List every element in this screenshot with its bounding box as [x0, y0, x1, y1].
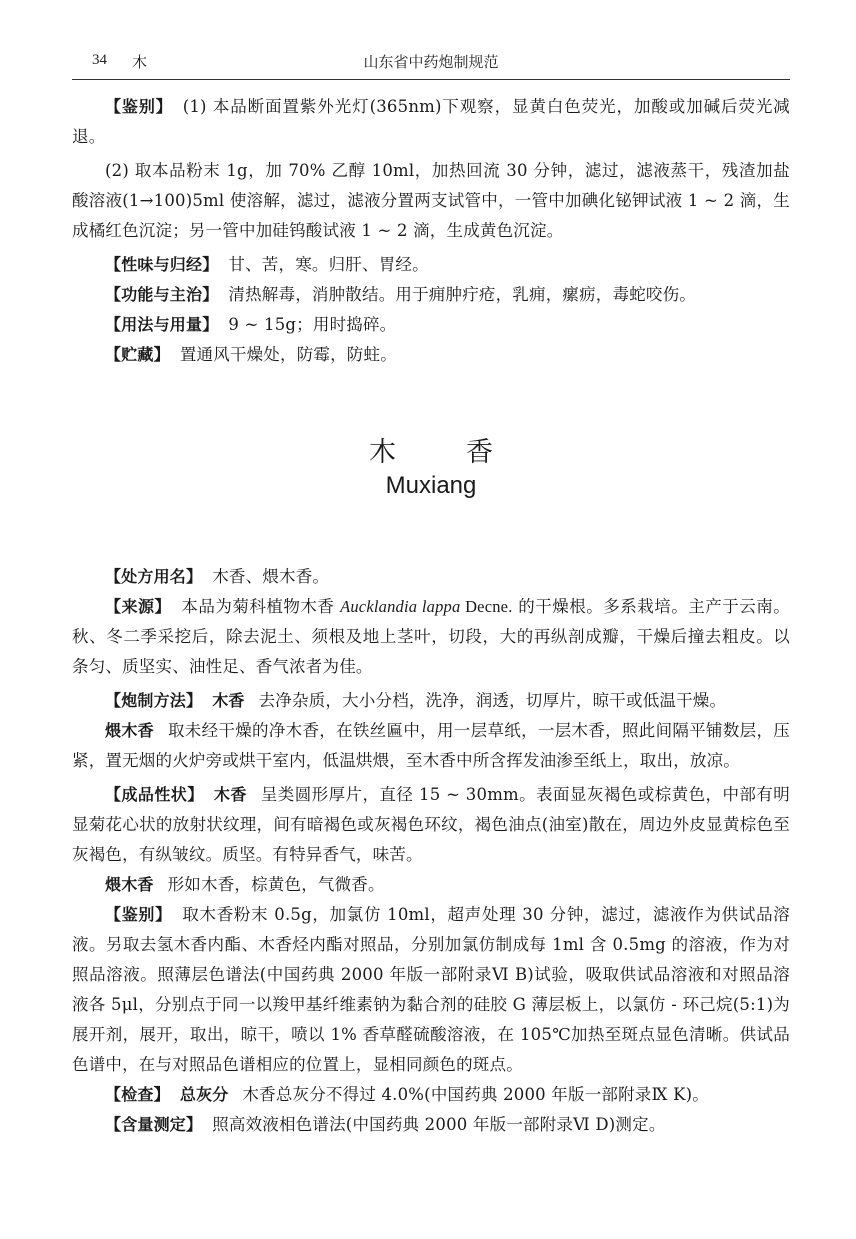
- identification-paragraph-2: (2) 取本品粉末 1g，加 70% 乙醇 10ml，加热回流 30 分钟，滤过…: [72, 156, 790, 246]
- sub-label-total-ash: 总灰分: [180, 1085, 229, 1104]
- section-label-functions: 【功能与主治】: [105, 285, 218, 304]
- dosage-paragraph: 【用法与用量】9 ~ 15g；用时捣碎。: [72, 310, 790, 340]
- product-characters-paragraph: 【成品性状】木香呈类圆形厚片，直径 15 ~ 30mm。表面显灰褐色或棕黄色，中…: [72, 780, 790, 870]
- sub-label-wei-muxiang: 煨木香: [105, 721, 154, 740]
- entry-title: 木香: [72, 430, 790, 469]
- storage-paragraph: 【贮藏】置通风干燥处，防霉，防蛀。: [72, 340, 790, 370]
- section-label-nature: 【性味与归经】: [105, 255, 218, 274]
- prescription-names-paragraph: 【处方用名】木香、煨木香。: [72, 562, 790, 592]
- section-label-prescription: 【处方用名】: [105, 567, 202, 586]
- section-label-source: 【来源】: [105, 597, 171, 616]
- section-label-inspection: 【检查】: [105, 1085, 170, 1104]
- section-label-identification: 【鉴别】: [105, 97, 173, 116]
- header-rule: [72, 79, 790, 80]
- section-label-characters: 【成品性状】: [105, 785, 204, 804]
- identification-paragraph: 【鉴别】取木香粉末 0.5g，加氯仿 10ml，超声处理 30 分钟，滤过，滤液…: [72, 900, 790, 1080]
- book-title: 山东省中药炮制规范: [72, 51, 790, 72]
- running-head: 34 木 山东省中药炮制规范: [72, 48, 790, 76]
- functions-paragraph: 【功能与主治】清热解毒，消肿散结。用于痈肿疔疮，乳痈，瘰疬，毒蛇咬伤。: [72, 280, 790, 310]
- sub-label-muxiang: 木香: [212, 691, 244, 710]
- processing-wei-paragraph: 煨木香取未经干燥的净木香，在铁丝匾中，用一层草纸，一层木香，照此间隔平铺数层，压…: [72, 716, 790, 776]
- section-label-processing: 【炮制方法】: [105, 691, 202, 710]
- section-label-assay: 【含量测定】: [105, 1115, 202, 1134]
- entry-body: 【处方用名】木香、煨木香。 【来源】本品为菊科植物木香 Aucklandia l…: [72, 562, 790, 1140]
- product-characters-wei-paragraph: 煨木香形如木香，棕黄色，气微香。: [72, 870, 790, 900]
- previous-entry: 【鉴别】(1) 本品断面置紫外光灯(365nm)下观察，显黄白色荧光，加酸或加碱…: [72, 92, 790, 370]
- processing-paragraph: 【炮制方法】木香去净杂质，大小分档，洗净，润透，切厚片，晾干或低温干燥。: [72, 686, 790, 716]
- sub-label-wei-muxiang: 煨木香: [105, 875, 154, 894]
- identification-paragraph-1: 【鉴别】(1) 本品断面置紫外光灯(365nm)下观察，显黄白色荧光，加酸或加碱…: [72, 92, 790, 152]
- source-paragraph: 【来源】本品为菊科植物木香 Aucklandia lappa Decne. 的干…: [72, 592, 790, 682]
- section-label-storage: 【贮藏】: [105, 345, 170, 364]
- assay-paragraph: 【含量测定】照高效液相色谱法(中国药典 2000 年版一部附录Ⅵ D)测定。: [72, 1110, 790, 1140]
- inspection-paragraph: 【检查】总灰分木香总灰分不得过 4.0%(中国药典 2000 年版一部附录Ⅸ K…: [72, 1080, 790, 1110]
- sub-label-muxiang: 木香: [214, 785, 247, 804]
- section-label-dosage: 【用法与用量】: [105, 315, 218, 334]
- section-label-identification: 【鉴别】: [105, 905, 172, 924]
- nature-meridian-paragraph: 【性味与归经】甘、苦，寒。归肝、胃经。: [72, 250, 790, 280]
- entry-pinyin: Muxiang: [72, 472, 790, 500]
- latin-name: Aucklandia lappa: [340, 597, 460, 616]
